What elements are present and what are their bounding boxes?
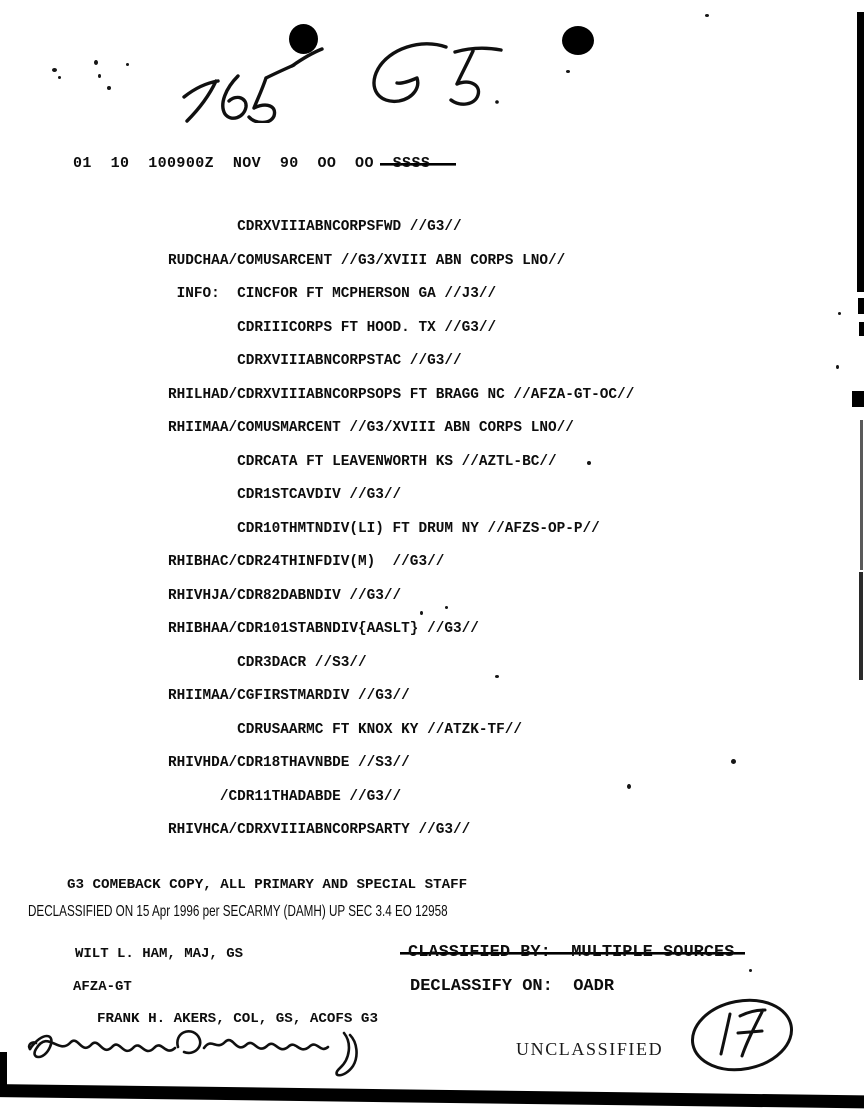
handwritten-number-765 <box>178 47 324 123</box>
address-line: CDR10THMTNDIV(LI) FT DRUM NY //AFZS-OP-P… <box>168 513 634 547</box>
header-struck-classification: SSSS <box>380 155 457 172</box>
address-line: CDRIIICORPS FT HOOD. TX //G3// <box>168 312 634 346</box>
classified-by-line: CLASSIFIED BY: MULTIPLE SOURCES <box>408 941 734 965</box>
address-line: INFO: CINCFOR FT MCPHERSON GA //J3// <box>168 278 634 312</box>
address-line: CDRCATA FT LEAVENWORTH KS //AZTL-BC// <box>168 446 634 480</box>
address-line: CDR3DACR //S3// <box>168 647 634 681</box>
address-line: RHIVHJA/CDR82DABNDIV //G3// <box>168 580 634 614</box>
address-line: RHIBHAA/CDR101STABNDIV{AASLT} //G3// <box>168 613 634 647</box>
classification-marking: UNCLASSIFIED <box>516 1039 663 1060</box>
header-prefix: 01 10 100900Z NOV 90 OO OO <box>73 155 393 172</box>
handwritten-mark-g5 <box>349 40 507 112</box>
address-line: RHIIMAA/CGFIRSTMARDIV //G3// <box>168 680 634 714</box>
address-line: CDRXVIIIABNCORPSTAC //G3// <box>168 345 634 379</box>
signer1-name: WILT L. HAM, MAJ, GS <box>75 943 243 965</box>
address-line: RHILHAD/CDRXVIIIABNCORPSOPS FT BRAGG NC … <box>168 379 634 413</box>
address-line: RHIVHCA/CDRXVIIIABNCORPSARTY //G3// <box>168 814 634 848</box>
address-line: CDRUSAARMC FT KNOX KY //ATZK-TF// <box>168 714 634 748</box>
scan-bottom-band <box>0 1084 864 1109</box>
address-line: CDR1STCAVDIV //G3// <box>168 479 634 513</box>
address-line: CDRXVIIIABNCORPSFWD //G3// <box>168 211 634 245</box>
declassified-stamp: DECLASSIFIED ON 15 Apr 1996 per SECARMY … <box>28 901 448 923</box>
address-line: /CDR11THADABDE //G3// <box>168 781 634 815</box>
address-line: RHIVHDA/CDR18THAVNBDE //S3// <box>168 747 634 781</box>
hole-punch-right <box>562 26 594 55</box>
address-list: CDRXVIIIABNCORPSFWD //G3//RUDCHAA/COMUSA… <box>168 211 634 848</box>
classified-by-struck-text: CLASSIFIED BY: MULTIPLE SOURCES <box>400 943 745 962</box>
address-line: RHIBHAC/CDR24THINFDIV(M) //G3// <box>168 546 634 580</box>
signer1-office: AFZA-GT <box>73 976 132 998</box>
address-line: RUDCHAA/COMUSARCENT //G3/XVIII ABN CORPS… <box>168 245 634 279</box>
comeback-copy-line: G3 COMEBACK COPY, ALL PRIMARY AND SPECIA… <box>67 874 467 896</box>
message-header-line: 01 10 100900Z NOV 90 OO OO SSSS <box>73 151 430 177</box>
address-line: RHIIMAA/COMUSMARCENT //G3/XVIII ABN CORP… <box>168 412 634 446</box>
circled-page-number <box>686 993 798 1077</box>
declassify-on-line: DECLASSIFY ON: OADR <box>410 975 614 999</box>
handwritten-signature <box>26 1021 386 1079</box>
scanned-document-page: 01 10 100900Z NOV 90 OO OO SSSS CDRXVIII… <box>0 0 864 1112</box>
